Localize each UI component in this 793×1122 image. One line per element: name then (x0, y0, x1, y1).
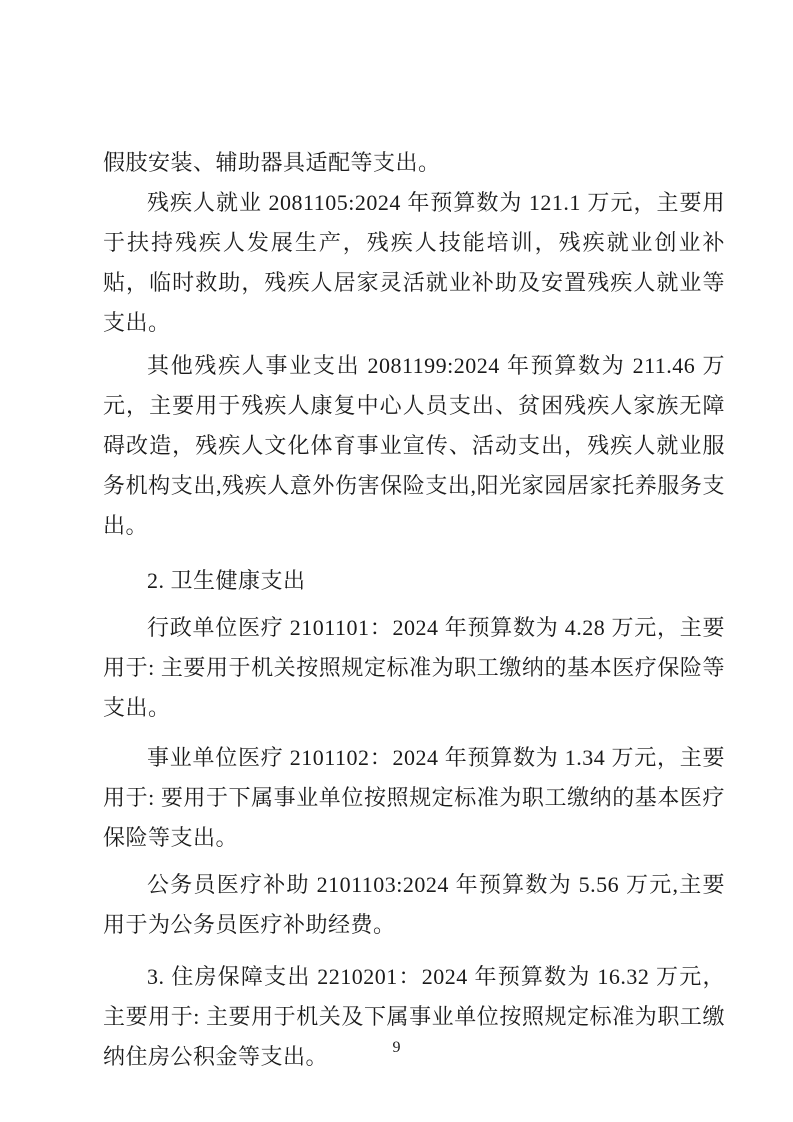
document-body: 假肢安装、辅助器具适配等支出。 残疾人就业 2081105:2024 年预算数为… (103, 143, 725, 1077)
page-number: 9 (0, 1038, 793, 1058)
paragraph-admin-unit-medical: 行政单位医疗 2101101：2024 年预算数为 4.28 万元，主要用于: … (103, 608, 725, 728)
paragraph-continuation: 假肢安装、辅助器具适配等支出。 (103, 143, 725, 183)
paragraph-other-disabled-expense: 其他残疾人事业支出 2081199:2024 年预算数为 211.46 万元，主… (103, 346, 725, 546)
paragraph-public-institution-medical: 事业单位医疗 2101102：2024 年预算数为 1.34 万元，主要用于: … (103, 738, 725, 858)
document-page: 假肢安装、辅助器具适配等支出。 残疾人就业 2081105:2024 年预算数为… (0, 0, 793, 1122)
section-heading-health: 2. 卫生健康支出 (103, 561, 725, 601)
paragraph-disabled-employment: 残疾人就业 2081105:2024 年预算数为 121.1 万元，主要用于扶持… (103, 183, 725, 343)
paragraph-civil-servant-medical-subsidy: 公务员医疗补助 2101103:2024 年预算数为 5.56 万元,主要用于为… (103, 865, 725, 945)
paragraph-housing-security: 3. 住房保障支出 2210201：2024 年预算数为 16.32 万元，主要… (103, 957, 725, 1077)
